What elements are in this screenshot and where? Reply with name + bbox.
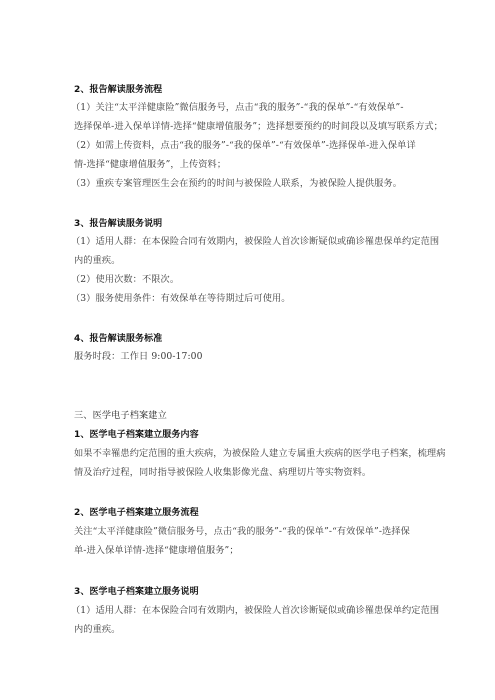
report-desc-line-3: （2）使用次数：不限次。: [71, 274, 179, 286]
archive-flow-line-1: 关注“太平洋健康险”微信服务号，点击“我的服务”-“我的保单”-“有效保单”-选…: [74, 526, 410, 538]
report-flow-line-5: （3）重疾专案管理医生会在预约的时间与被保险人联系，为被保险人提供服务。: [71, 178, 402, 190]
archive-desc-line-2: 内的重疾。: [74, 624, 120, 636]
report-flow-line-4: 情-选择“健康增值服务”，上传资料；: [74, 159, 226, 171]
report-desc-line-2: 内的重疾。: [74, 255, 120, 267]
report-flow-line-3: （2）如需上传资料，点击“我的服务”-“我的保单”-“有效保单”-选择保单-进入…: [71, 140, 416, 152]
section-heading-report-desc: 3、报告解读服务说明: [74, 218, 162, 230]
report-desc-line-4: （3）服务使用条件：有效保单在等待期过后可使用。: [71, 293, 291, 305]
archive-flow-line-2: 单-进入保单详情-选择“健康增值服务”；: [74, 545, 239, 557]
report-standard-line-1: 服务时段：工作日 9:00-17:00: [74, 351, 203, 363]
report-desc-line-1: （1）适用人群：在本保险合同有效期内，被保险人首次诊断疑似或确诊罹患保单约定范围: [71, 236, 439, 248]
section-heading-archive-flow: 2、医学电子档案建立服务流程: [74, 507, 199, 519]
report-flow-line-2: 选择保单-进入保单详情-选择“健康增值服务”；选择想要预约的时间段以及填写联系方…: [74, 121, 443, 133]
section-heading-archive-content: 1、医学电子档案建立服务内容: [74, 429, 199, 441]
archive-content-line-1: 如果不幸罹患约定范围的重大疾病，为被保险人建立专属重大疾病的医学电子档案，梳理病: [74, 448, 446, 460]
section-heading-report-standard: 4、报告解读服务标准: [74, 333, 162, 345]
archive-desc-line-1: （1）适用人群：在本保险合同有效期内，被保险人首次诊断疑似或确诊罹患保单约定范围: [71, 605, 439, 617]
chapter-title-medical-archive: 三、医学电子档案建立: [74, 410, 167, 422]
section-heading-archive-desc: 3、医学电子档案建立服务说明: [74, 586, 199, 598]
section-heading-report-flow: 2、报告解读服务流程: [74, 84, 162, 96]
report-flow-line-1: （1）关注“太平洋健康险”微信服务号，点击“我的服务”-“我的保单”-“有效保单…: [71, 102, 404, 114]
archive-content-line-2: 情及治疗过程，同时指导被保险人收集影像光盘、病理切片等实物资料。: [74, 467, 371, 479]
